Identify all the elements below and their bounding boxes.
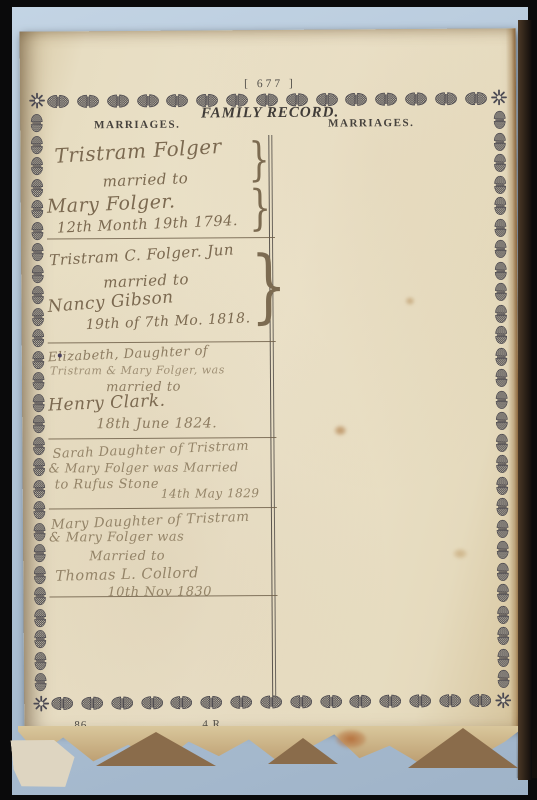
scanned-photo: [ 677 ] FAMILY RECORD. MARRIAGES. MARRIA… [0, 0, 537, 800]
corner-rosette-icon [29, 93, 45, 109]
entry-line: Elizabeth, Daughter of [48, 344, 209, 366]
border-ornament-icon [495, 433, 508, 452]
family-record-page: [ 677 ] FAMILY RECORD. MARRIAGES. MARRIA… [20, 28, 521, 731]
entry-line: to Rufus Stone [55, 477, 159, 493]
border-ornament-icon [495, 347, 508, 366]
border-ornament-icon [32, 350, 45, 369]
border-ornament-icon [493, 153, 506, 172]
border-ornament-icon [50, 696, 74, 710]
entry-line: & Mary Folger was [49, 530, 184, 546]
border-ornament-icon [46, 94, 70, 108]
border-ornament-icon [494, 282, 507, 301]
entry-line: 10th Nov 1830 [107, 584, 212, 600]
entry-brace: } [248, 136, 269, 182]
border-ornament-icon [32, 329, 45, 348]
border-ornament-icon [494, 218, 507, 237]
border-ornament-icon [495, 390, 508, 409]
border-ornament-icon [494, 175, 507, 194]
book-edge-shadow [518, 20, 532, 780]
border-ornament-icon [494, 239, 507, 258]
border-ornament-icon [496, 519, 509, 538]
entry-line: Thomas L. Collord [55, 565, 199, 585]
border-ornament-icon [404, 92, 428, 106]
border-ornament-icon [33, 544, 46, 563]
entry-brace: } [249, 184, 271, 232]
border-ornament-icon [30, 114, 43, 133]
entry-line: Married to [89, 549, 165, 565]
entry-line: married to [102, 169, 188, 191]
border-ornament-icon [34, 608, 47, 627]
border-ornament-icon [438, 694, 462, 708]
entry-brace: } [250, 246, 287, 326]
border-ornament-icon [493, 110, 506, 129]
border-ornament-icon [33, 501, 46, 520]
rust-stain [336, 730, 366, 748]
border-ornament-icon [32, 393, 45, 412]
entry-line: 12th Month 19th 1794. [57, 213, 239, 237]
border-ornament-icon [80, 696, 104, 710]
marriage-entry: Sarah Daughter of Tristram & Mary Folger… [48, 442, 272, 506]
entry-separator-rule [47, 237, 275, 240]
border-ornament-icon [33, 479, 46, 498]
entry-line: Tristram & Mary Folger, was [50, 363, 225, 377]
entry-line: Mary Folger. [46, 190, 176, 217]
border-ornament-icon [33, 565, 46, 584]
foxing-stain [405, 297, 414, 305]
border-ornament-icon [496, 476, 509, 495]
border-ornament-icon [497, 669, 510, 688]
border-ornament-icon [349, 694, 373, 708]
border-ornament-icon [464, 91, 488, 105]
border-ornament-icon [33, 587, 46, 606]
border-ornament-icon [495, 411, 508, 430]
marriage-entry: Tristram Folger married to Mary Folger. … [46, 138, 271, 240]
border-ornament-icon [408, 694, 432, 708]
entry-line: Henry Clark. [48, 391, 166, 416]
entry-line: 14th May 1829 [161, 486, 260, 501]
border-ornament-icon [31, 178, 44, 197]
marriage-entry: Tristram C. Folger. Jun married to Nancy… [47, 245, 272, 342]
ornament-border-left [29, 114, 48, 692]
border-ornament-icon [170, 696, 194, 710]
entry-line: Tristram Folger [54, 134, 222, 168]
border-ornament-icon [34, 630, 47, 649]
border-ornament-icon [199, 695, 223, 709]
marriage-entry: Elizabeth, Daughter of Tristram & Mary F… [48, 346, 273, 440]
border-ornament-icon [31, 286, 44, 305]
border-ornament-icon [496, 583, 509, 602]
border-ornament-icon [497, 626, 510, 645]
torn-page-edge [18, 726, 520, 778]
corner-rosette-icon [33, 696, 49, 712]
entry-line: & Mary Folger was Married [49, 459, 239, 475]
border-ornament-icon [76, 94, 100, 108]
border-ornament-icon [30, 135, 43, 154]
border-ornament-icon [497, 648, 510, 667]
border-ornament-icon [496, 454, 509, 473]
entry-line: Nancy Gibson [47, 287, 174, 317]
border-ornament-icon [31, 221, 44, 240]
border-ornament-icon [34, 673, 47, 692]
border-ornament-icon [110, 696, 134, 710]
ink-speck [58, 353, 62, 357]
border-ornament-icon [31, 243, 44, 262]
border-ornament-icon [259, 695, 283, 709]
marriage-entry: Mary Daughter of Tristram & Mary Folger … [49, 512, 274, 604]
border-ornament-icon [496, 497, 509, 516]
border-ornament-icon [34, 651, 47, 670]
border-ornament-icon [378, 694, 402, 708]
border-ornament-icon [32, 372, 45, 391]
border-ornament-icon [494, 304, 507, 323]
border-ornament-icon [32, 415, 45, 434]
foxing-stain [334, 425, 346, 435]
border-ornament-icon [140, 696, 164, 710]
right-column-header: MARRIAGES. [306, 117, 436, 130]
border-ornament-icon [496, 540, 509, 559]
border-ornament-icon [32, 436, 45, 455]
border-ornament-icon [495, 368, 508, 387]
left-column-header: MARRIAGES. [72, 118, 202, 131]
border-ornament-icon [31, 200, 44, 219]
border-ornament-icon [494, 261, 507, 280]
border-ornament-icon [33, 522, 46, 541]
entry-separator-rule [48, 341, 276, 344]
corner-rosette-icon [491, 89, 507, 105]
border-ornament-icon [106, 94, 130, 108]
border-ornament-icon [33, 458, 46, 477]
border-ornament-icon [495, 325, 508, 344]
entry-line: 18th June 1824. [96, 415, 217, 432]
border-ornament-icon [494, 196, 507, 215]
border-ornament-icon [434, 92, 458, 106]
corner-rosette-icon [495, 692, 511, 708]
border-ornament-icon [289, 695, 313, 709]
border-ornament-icon [468, 693, 492, 707]
border-ornament-icon [30, 157, 43, 176]
entry-line: Tristram C. Folger. Jun [49, 240, 235, 269]
entry-line: 19th of 7th Mo. 1818. [85, 310, 250, 333]
border-ornament-icon [496, 562, 509, 581]
foxing-stain [453, 549, 467, 559]
border-ornament-icon [229, 695, 253, 709]
border-ornament-icon [319, 694, 343, 708]
border-ornament-icon [493, 132, 506, 151]
page-number: [ 677 ] [150, 77, 390, 91]
border-ornament-icon [31, 307, 44, 326]
border-ornament-icon [497, 605, 510, 624]
border-ornament-icon [31, 264, 44, 283]
